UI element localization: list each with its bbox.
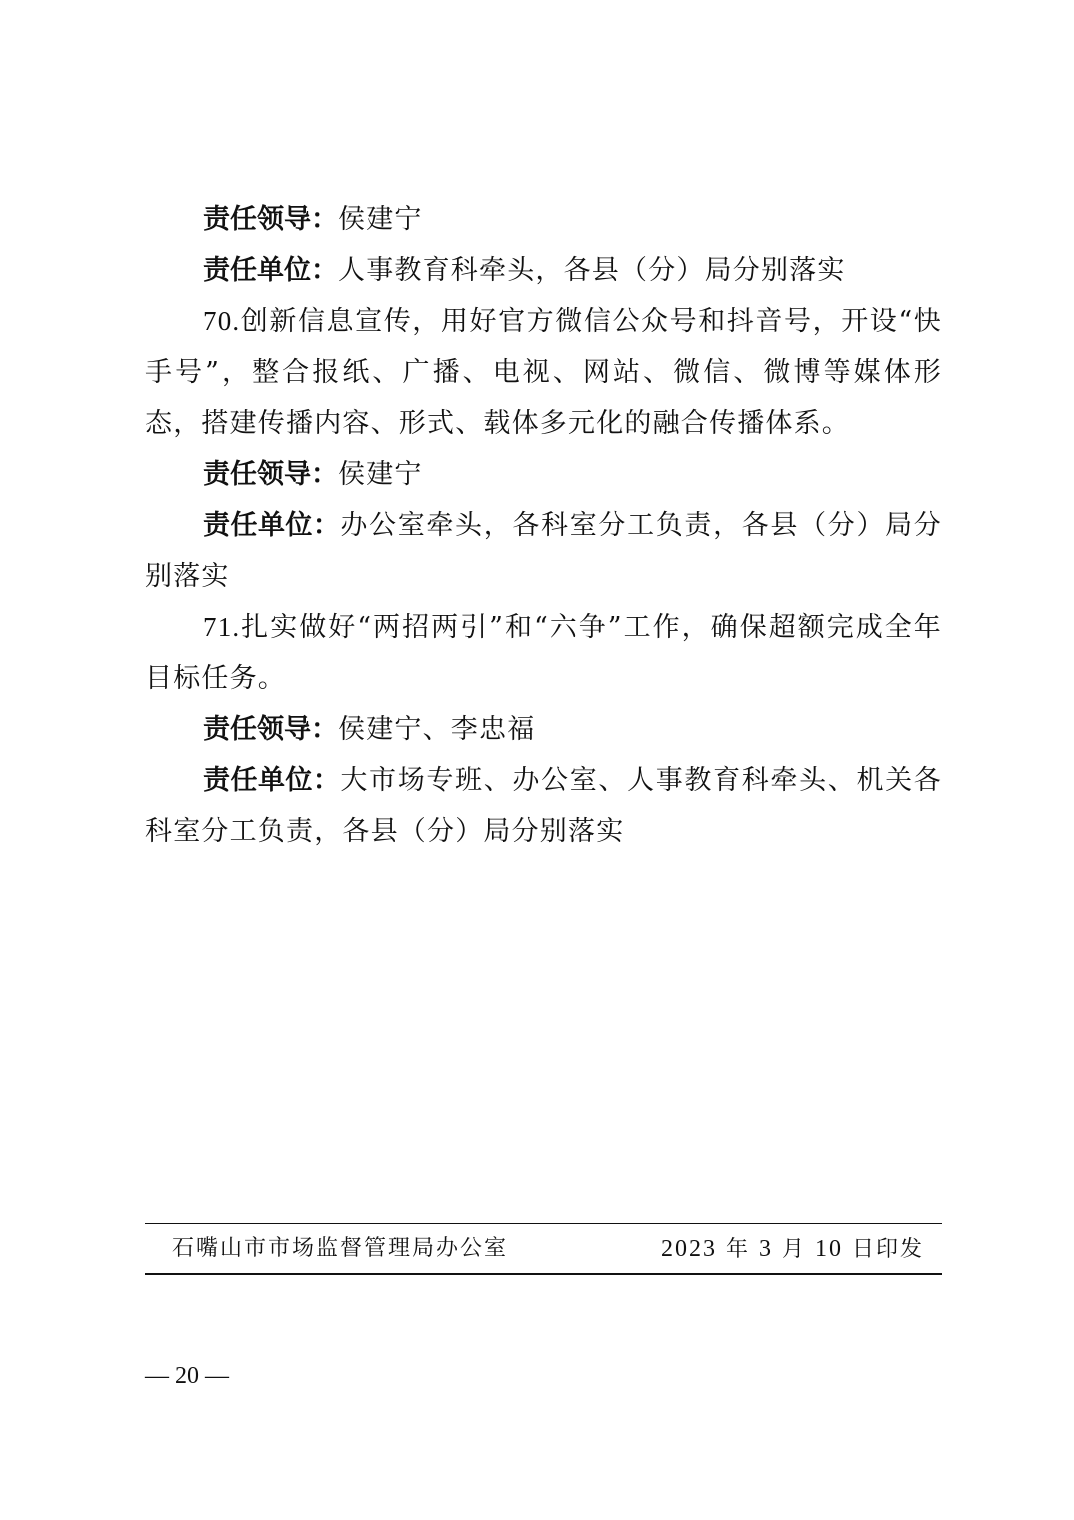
- date-month: 3: [759, 1236, 773, 1262]
- footer-bottom-rule: [145, 1273, 942, 1275]
- document-body: 责任领导：侯建宁 责任单位：人事教育科牵头，各县（分）局分别落实 70.创新信息…: [145, 194, 942, 857]
- document-page: 责任领导：侯建宁 责任单位：人事教育科牵头，各县（分）局分别落实 70.创新信息…: [0, 0, 1074, 1520]
- item-number: 70.: [203, 306, 240, 336]
- field-label: 责任领导：: [203, 204, 338, 235]
- field-label: 责任领导：: [203, 459, 338, 490]
- date-month-unit: 月: [773, 1237, 815, 1262]
- item-number: 71.: [203, 612, 240, 642]
- task-item-70: 70.创新信息宣传，用好官方微信公众号和抖音号，开设“快手号”，整合报纸、广播、…: [145, 296, 942, 449]
- responsible-unit-line: 责任单位：大市场专班、办公室、人事教育科牵头、机关各科室分工负责，各县（分）局分…: [145, 755, 942, 857]
- page-number: — 20 —: [145, 1360, 229, 1392]
- responsible-leader-line: 责任领导：侯建宁: [145, 194, 942, 245]
- date-suffix: 日印发: [843, 1237, 924, 1262]
- field-label: 责任单位：: [203, 255, 338, 286]
- field-value: 侯建宁: [338, 204, 423, 235]
- field-value: 侯建宁: [338, 459, 423, 490]
- field-value: 人事教育科牵头，各县（分）局分别落实: [338, 255, 846, 286]
- footer-top-rule: [145, 1223, 942, 1224]
- responsible-unit-line: 责任单位：人事教育科牵头，各县（分）局分别落实: [145, 245, 942, 296]
- responsible-unit-line: 责任单位：办公室牵头，各科室分工负责，各县（分）局分别落实: [145, 500, 942, 602]
- field-label: 责任单位：: [203, 510, 340, 541]
- date-day: 10: [815, 1236, 843, 1262]
- task-item-71: 71.扎实做好“两招两引”和“六争”工作，确保超额完成全年目标任务。: [145, 602, 942, 704]
- field-label: 责任领导：: [203, 714, 338, 745]
- date-year-unit: 年: [717, 1237, 759, 1262]
- date-year: 2023: [661, 1236, 717, 1262]
- field-label: 责任单位：: [203, 765, 340, 796]
- responsible-leader-line: 责任领导：侯建宁、李忠福: [145, 704, 942, 755]
- footer-issuer: 石嘴山市市场监督管理局办公室: [172, 1233, 508, 1265]
- field-value: 侯建宁、李忠福: [338, 714, 535, 745]
- responsible-leader-line: 责任领导：侯建宁: [145, 449, 942, 500]
- item-text: 扎实做好“两招两引”和“六争”工作，确保超额完成全年目标任务。: [145, 612, 942, 694]
- item-text: 创新信息宣传，用好官方微信公众号和抖音号，开设“快手号”，整合报纸、广播、电视、…: [145, 306, 942, 439]
- footer-issue-date: 2023 年 3 月 10 日印发: [661, 1233, 924, 1266]
